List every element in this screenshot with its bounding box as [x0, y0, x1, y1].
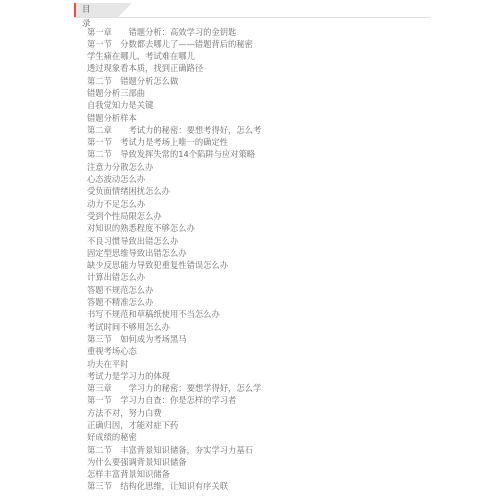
toc-title-tab: 目 录	[74, 3, 118, 17]
toc-item-section[interactable]: 第三节 如何成为考场黑马	[87, 333, 261, 345]
toc-item-topic[interactable]: 缺少反思能力导致犯重复性错误怎么办	[87, 259, 261, 271]
toc-item-topic[interactable]: 错题分析样本	[87, 112, 261, 124]
toc-header: 目 录	[74, 3, 430, 18]
toc-item-topic[interactable]: 对知识的熟悉程度不够怎么办	[87, 222, 261, 234]
toc-item-chapter[interactable]: 第一章 错题分析：高效学习的金钥匙	[87, 26, 261, 38]
toc-item-topic[interactable]: 自我觉知力是关键	[87, 99, 261, 111]
toc-item-topic[interactable]: 学生痛在哪儿，考试难在哪儿	[87, 50, 261, 62]
toc-item-topic[interactable]: 固定型思维导致出错怎么办	[87, 247, 261, 259]
toc-item-section[interactable]: 第一节 考试力是考场上唯一的确定性	[87, 136, 261, 148]
toc-item-topic[interactable]: 心态波动怎么办	[87, 173, 261, 185]
toc-item-section[interactable]: 第三节 结构化思维，让知识有序关联	[87, 480, 261, 492]
toc-item-topic[interactable]: 怎样丰富背景知识储备	[87, 468, 261, 480]
toc-item-topic[interactable]: 受负面情绪困扰怎么办	[87, 185, 261, 197]
toc-item-topic[interactable]: 注意力分散怎么办	[87, 161, 261, 173]
toc-item-topic[interactable]: 方法不对，努力白费	[87, 407, 261, 419]
toc-item-section[interactable]: 第一节 学习力自查：你是怎样的学习者	[87, 394, 261, 406]
toc-item-topic[interactable]: 好成绩的秘密	[87, 431, 261, 443]
tab-slant-decoration	[118, 3, 132, 17]
toc-item-topic[interactable]: 重视考场心态	[87, 345, 261, 357]
toc-item-chapter[interactable]: 第三章 学习力的秘密：要想学得好，怎么学	[87, 382, 261, 394]
toc-item-section[interactable]: 第二节 导致发挥失常的14个陷阱与应对策略	[87, 148, 261, 160]
toc-item-topic[interactable]: 动力不足怎么办	[87, 198, 261, 210]
toc-item-section[interactable]: 第二节 错题分析怎么做	[87, 75, 261, 87]
toc-item-topic[interactable]: 不良习惯导致出错怎么办	[87, 235, 261, 247]
toc-item-topic[interactable]: 受到个性局限怎么办	[87, 210, 261, 222]
toc-item-topic[interactable]: 答题不精准怎么办	[87, 296, 261, 308]
toc-item-topic[interactable]: 透过现象看本质，找到正确路径	[87, 62, 261, 74]
toc-item-topic[interactable]: 为什么要强调背景知识储备	[87, 456, 261, 468]
toc-item-topic[interactable]: 答题不规范怎么办	[87, 284, 261, 296]
toc-item-topic[interactable]: 书写不规范和草稿纸使用不当怎么办	[87, 308, 261, 320]
toc-item-topic[interactable]: 计算出错怎么办	[87, 271, 261, 283]
toc-item-section[interactable]: 第二节 丰富背景知识储备，夯实学习力基石	[87, 444, 261, 456]
toc-item-topic[interactable]: 功夫在平时	[87, 358, 261, 370]
toc-item-section[interactable]: 第一节 分数都去哪儿了——错题背后的秘密	[87, 38, 261, 50]
toc-item-chapter[interactable]: 第二章 考试力的秘密：要想考得好，怎么考	[87, 124, 261, 136]
toc-item-topic[interactable]: 考试时间不够用怎么办	[87, 321, 261, 333]
toc-item-topic[interactable]: 考试力是学习力的体现	[87, 370, 261, 382]
toc-list: 第一章 错题分析：高效学习的金钥匙 第一节 分数都去哪儿了——错题背后的秘密 学…	[87, 26, 261, 493]
toc-item-topic[interactable]: 错题分析三部曲	[87, 87, 261, 99]
toc-item-topic[interactable]: 正确归因，才能对症下药	[87, 419, 261, 431]
